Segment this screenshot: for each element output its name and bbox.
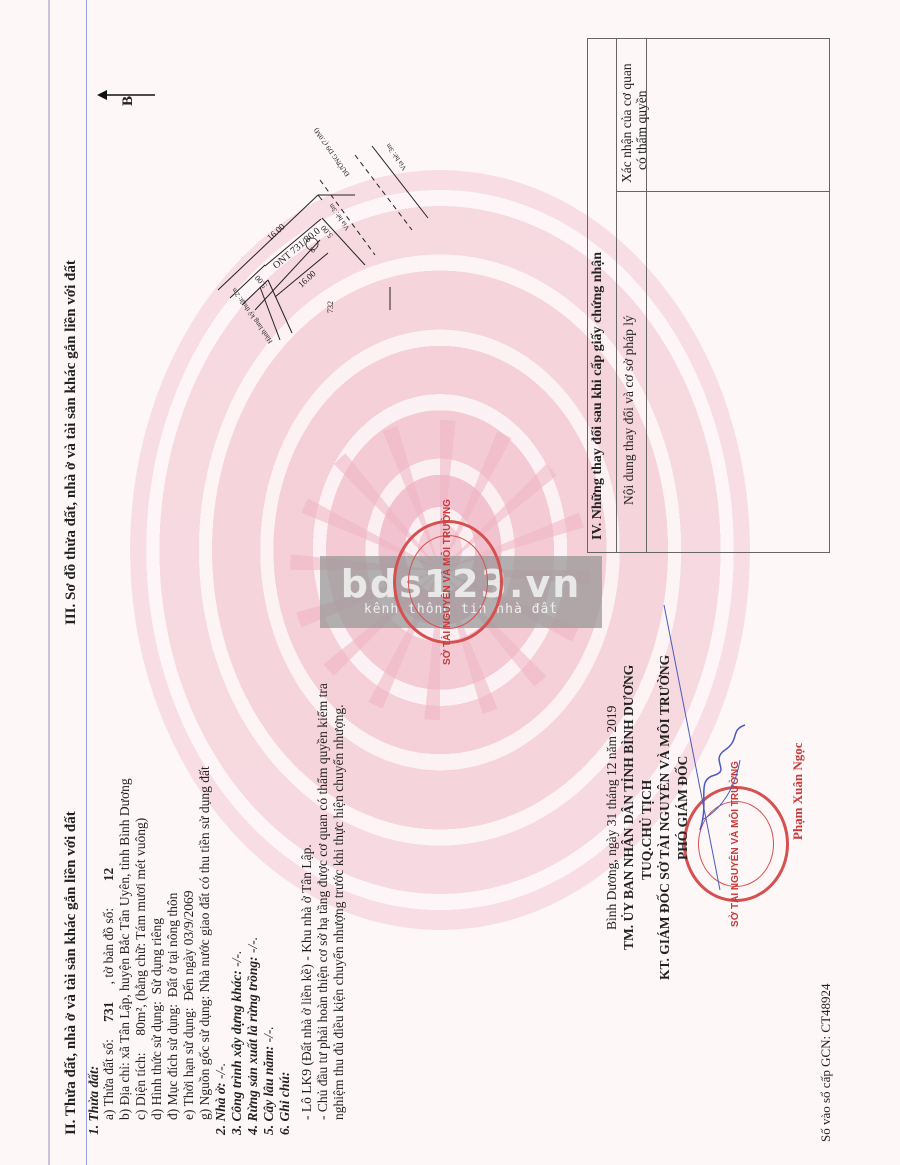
parcel-number-line: a) Thửa đất số: 731 , tờ bản đồ số: 12 [100, 844, 117, 1120]
usage-term-line: e) Thời hạn sử dụng: Đến ngày 03/9/2069 [180, 891, 197, 1120]
perennial-trees-item: 5. Cây lâu năm: -/-. [260, 1026, 277, 1135]
signing-title: PHÓ GIÁM ĐỐC [674, 756, 691, 860]
parcel-number: 731 [100, 988, 117, 1036]
section-ii-title: II. Thửa đất, nhà ở và tài sản khác gắn … [63, 811, 80, 1135]
official-seal-center: SỞ TÀI NGUYÊN VÀ MÔI TRƯỜNG [393, 520, 503, 644]
note-line-1: - Lô LK9 (Đất nhà ở liền kề) - Khu nhà ở… [298, 844, 315, 1120]
section-iii-title: III. Sơ đồ thửa đất, nhà ở và tài sản kh… [63, 260, 80, 625]
map-sheet-number: 12 [100, 844, 117, 904]
address-line: b) Địa chỉ: xã Tân Lập, huyện Bắc Tân Uy… [116, 778, 133, 1120]
page-edge [48, 0, 50, 1165]
signing-org-3: KT. GIÁM ĐỐC SỞ TÀI NGUYÊN VÀ MÔI TRƯỜNG [656, 655, 673, 980]
signing-org-2: TUQ.CHỦ TỊCH [638, 780, 655, 880]
usage-form-line: d) Hình thức sử dụng: Sử dụng riêng [148, 918, 165, 1120]
neighbor-parcel: 732 [326, 301, 335, 313]
production-forest-item: 4. Rừng sản xuất là rừng trồng: -/-. [244, 937, 261, 1135]
usage-origin-line: g) Nguồn gốc sử dụng: Nhà nước giao đất … [196, 766, 213, 1120]
house-item: 2. Nhà ở: -/-. [212, 1063, 229, 1135]
usage-purpose-line: đ) Mục đích sử dụng: Đất ở tại nông thôn [164, 893, 181, 1120]
signing-org-1: TM. ỦY BAN NHÂN DÂN TỈNH BÌNH DƯƠNG [620, 665, 637, 950]
registry-number: Số vào sổ cấp GCN: CT48924 [818, 983, 834, 1142]
notes-heading: 6. Ghi chú: [276, 1072, 293, 1135]
other-construction-item: 3. Công trình xây dựng khác: -/-. [228, 951, 245, 1135]
note-line-3: nghiệm thu đủ điều kiện chuyển nhượng tr… [330, 705, 347, 1120]
column-changes: Nội dung thay đổi và cơ sở pháp lý [620, 315, 637, 505]
margin-rule [86, 0, 87, 1165]
north-label: B [120, 96, 137, 106]
note-line-2: - Chủ đầu tư phải hoàn thiện cơ sở hạ tầ… [314, 683, 331, 1120]
column-confirmation-2: có thẩm quyền [633, 91, 650, 170]
place-date: Bình Dương, ngày 31 tháng 12 năm 2019 [603, 706, 620, 930]
section-iv-title: IV. Những thay đổi sau khi cấp giấy chứn… [590, 252, 606, 540]
signer-name: Phạm Xuân Ngọc [790, 742, 806, 840]
area-line: c) Diện tích: 80m², (bằng chữ: Tám mươi … [132, 818, 149, 1120]
